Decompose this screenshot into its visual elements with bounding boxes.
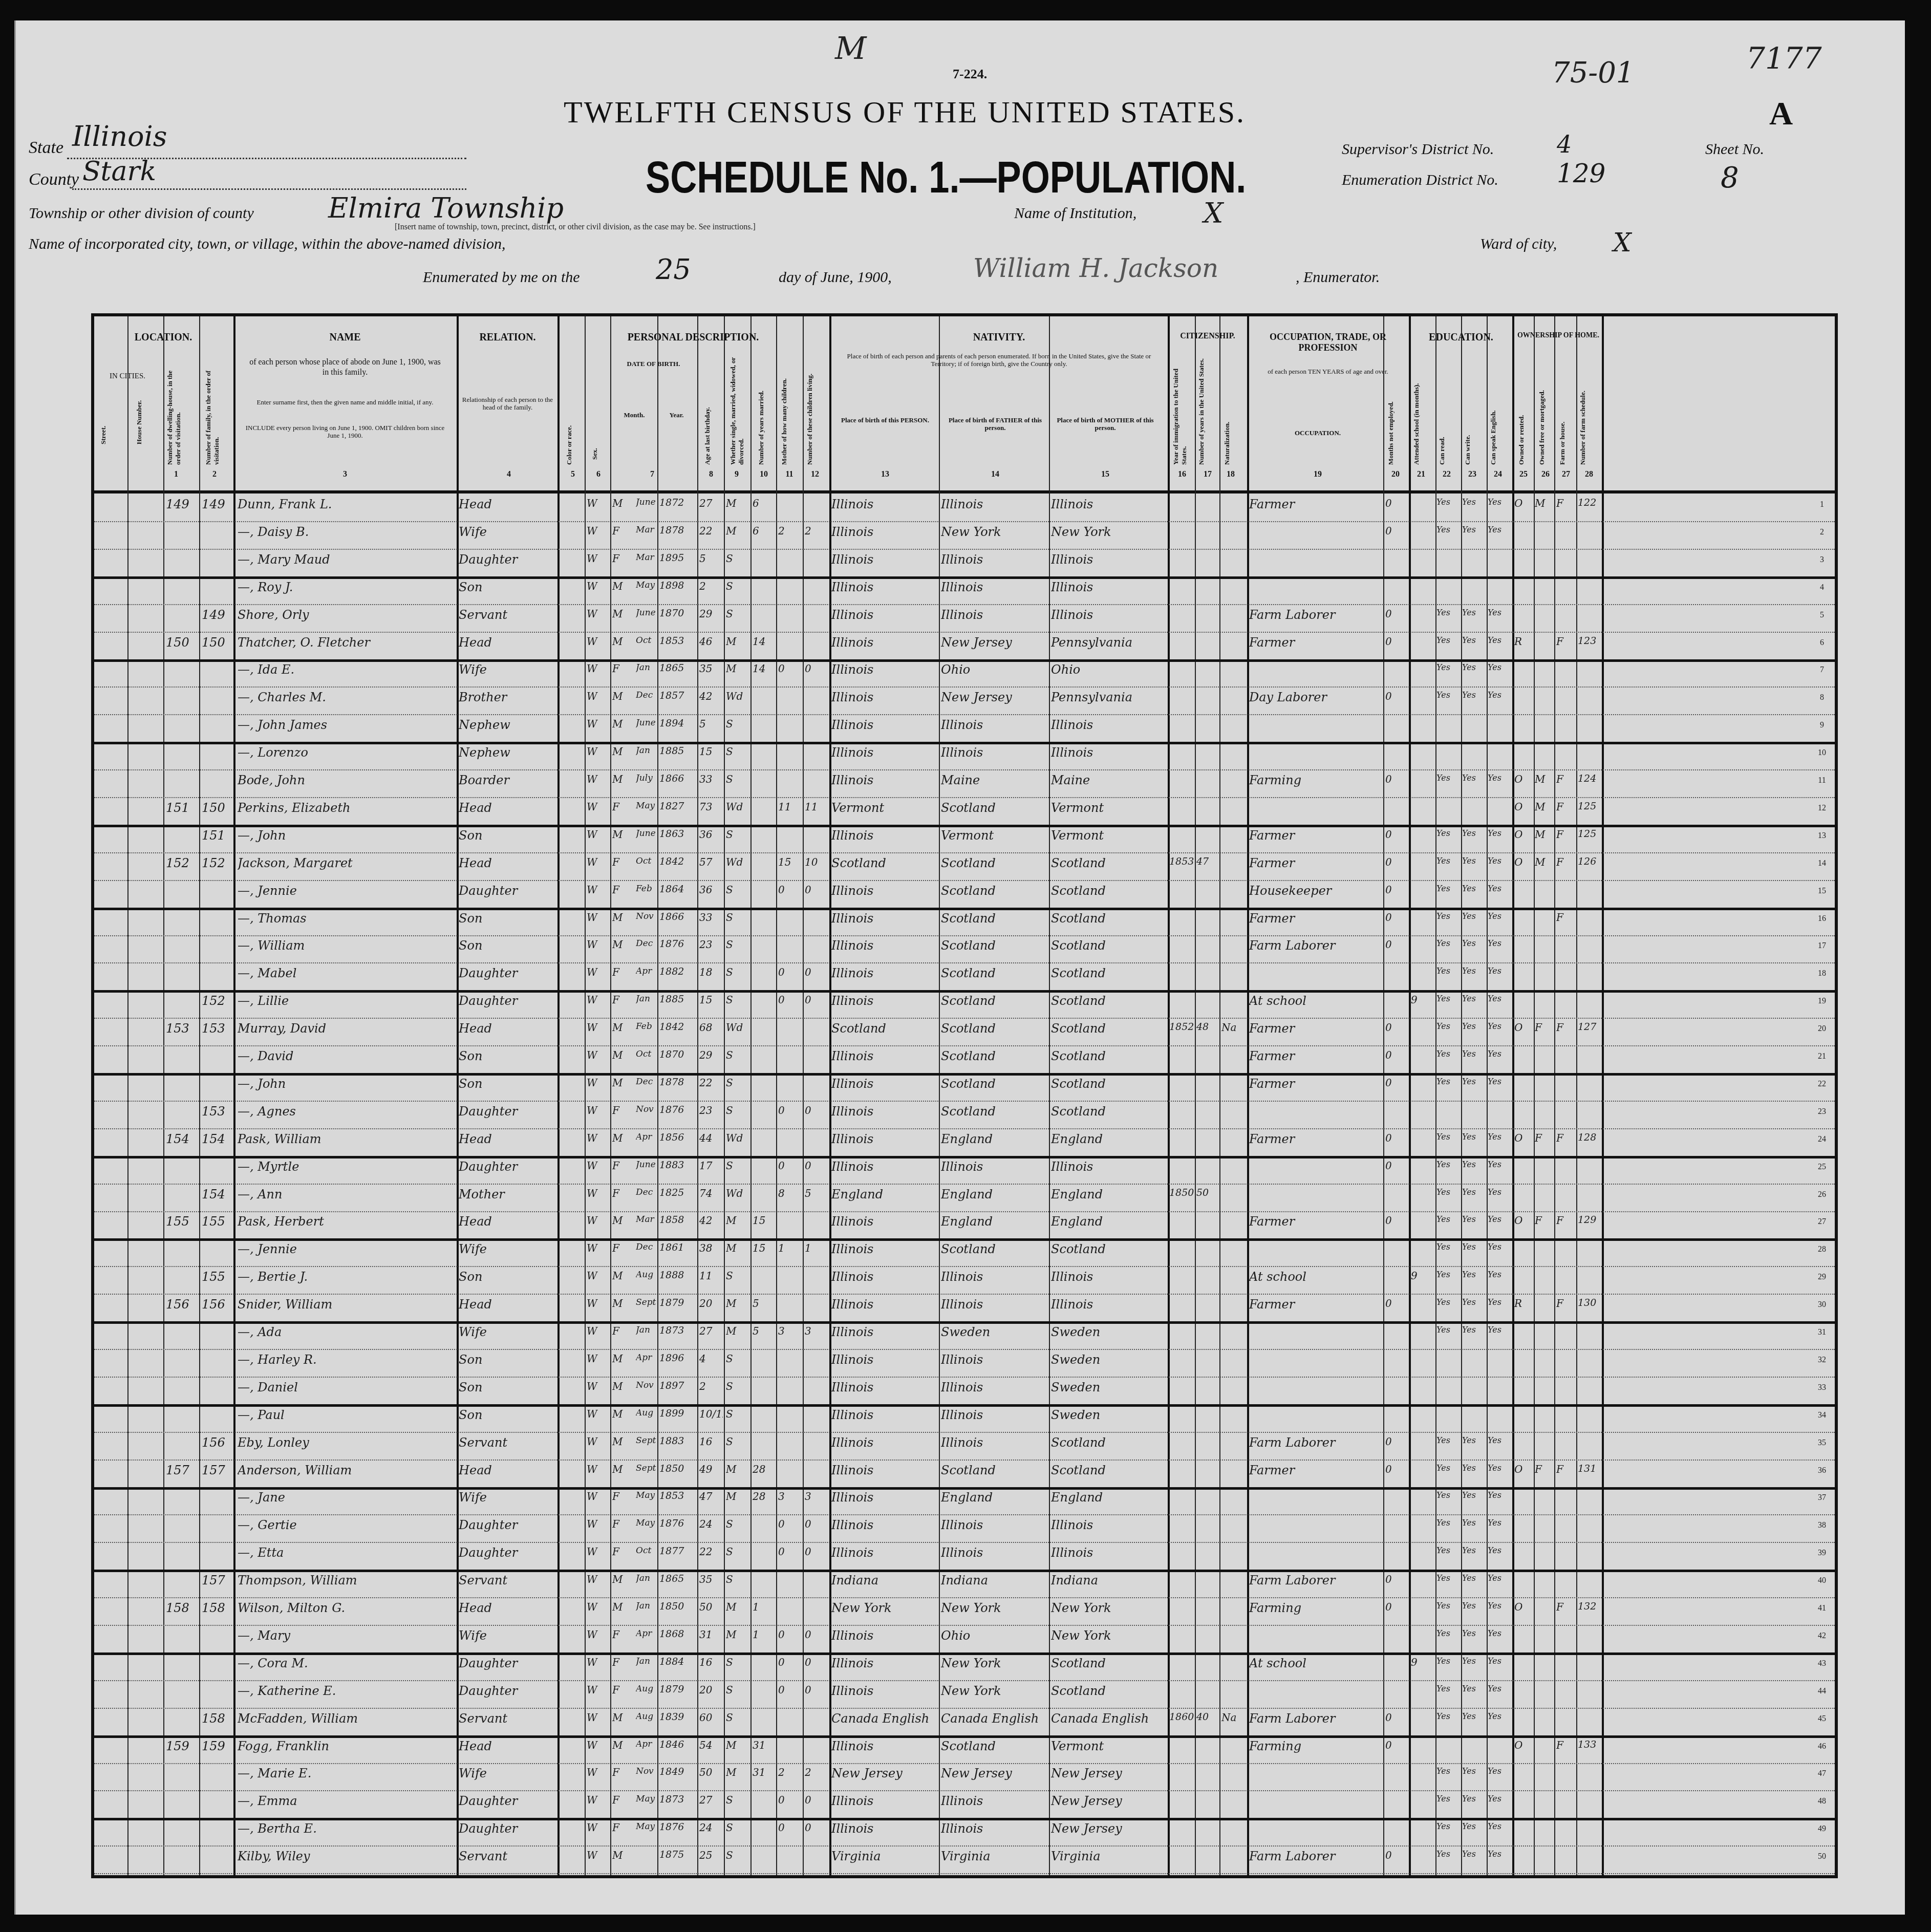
naturalization bbox=[1221, 1573, 1246, 1596]
naturalization bbox=[1221, 1242, 1246, 1264]
marital-status: M bbox=[726, 1297, 749, 1320]
col-age: Age at last birthday. bbox=[703, 368, 712, 465]
mother-of bbox=[778, 745, 802, 768]
marital-status: S bbox=[726, 1711, 749, 1734]
birth-month: Aug bbox=[636, 1270, 658, 1292]
sex: F bbox=[612, 1518, 635, 1540]
children-living: 0 bbox=[805, 1794, 828, 1816]
naturalization bbox=[1221, 1380, 1246, 1403]
relation: Nephew bbox=[459, 718, 556, 740]
race: W bbox=[587, 1160, 609, 1182]
birthplace-person: Illinois bbox=[831, 718, 938, 740]
age: 24 bbox=[699, 1518, 723, 1540]
immigration-year bbox=[1169, 1684, 1195, 1706]
naturalization bbox=[1221, 828, 1246, 851]
free-mortgaged bbox=[1535, 1573, 1554, 1596]
person-name: —, Mary bbox=[238, 1628, 455, 1651]
birth-month: Apr bbox=[636, 1739, 658, 1762]
can-write bbox=[1462, 745, 1486, 768]
col-num-26: 26 bbox=[1535, 470, 1556, 479]
farm-house: F bbox=[1556, 1463, 1576, 1486]
family-number bbox=[202, 1408, 232, 1430]
owned-rented bbox=[1514, 1242, 1534, 1264]
birth-year: 1895 bbox=[659, 552, 696, 575]
immigration-year bbox=[1169, 938, 1195, 961]
mother-of bbox=[778, 1849, 802, 1872]
owned-rented bbox=[1514, 1628, 1534, 1651]
line-number: 30 bbox=[1814, 1300, 1830, 1310]
children-living bbox=[805, 1297, 828, 1320]
farm-house bbox=[1556, 745, 1576, 768]
table-row: 150150Thatcher, O. FletcherHeadWMOct1853… bbox=[94, 631, 1835, 662]
occupation bbox=[1249, 1380, 1382, 1403]
owned-rented bbox=[1514, 1270, 1534, 1292]
line-number: 49 bbox=[1814, 1824, 1830, 1834]
sex: F bbox=[612, 1545, 635, 1568]
dwelling-number bbox=[166, 1711, 198, 1734]
owned-rented bbox=[1514, 1435, 1534, 1458]
free-mortgaged bbox=[1535, 1325, 1554, 1347]
sex: M bbox=[612, 608, 635, 630]
mother-of bbox=[778, 580, 802, 603]
birth-month: Jan bbox=[636, 745, 658, 768]
immigration-year: 1850 bbox=[1169, 1187, 1195, 1210]
farm-schedule-number: 133 bbox=[1578, 1739, 1601, 1762]
owned-rented: O bbox=[1514, 1132, 1534, 1154]
children-living bbox=[805, 1601, 828, 1623]
free-mortgaged bbox=[1535, 1518, 1554, 1540]
naturalization bbox=[1221, 801, 1246, 823]
farm-schedule-number: 123 bbox=[1578, 635, 1601, 658]
table-row: —, EttaDaughterWFOct187722S00IllinoisIll… bbox=[94, 1541, 1835, 1572]
birthplace-father: Illinois bbox=[941, 1518, 1047, 1540]
speaks-english bbox=[1488, 1408, 1511, 1430]
naturalization bbox=[1221, 994, 1246, 1016]
owned-rented: R bbox=[1514, 1297, 1534, 1320]
can-write bbox=[1462, 552, 1486, 575]
birthplace-father: England bbox=[941, 1490, 1047, 1513]
date-of-birth-header: DATE OF BIRTH. bbox=[611, 360, 696, 368]
mother-of bbox=[778, 1077, 802, 1099]
col-farm-house: Farm or house. bbox=[1558, 383, 1567, 465]
race: W bbox=[587, 1628, 609, 1651]
line-number: 27 bbox=[1814, 1217, 1830, 1227]
speaks-english: Yes bbox=[1488, 1021, 1511, 1044]
birthplace-person: Illinois bbox=[831, 773, 938, 796]
can-read: Yes bbox=[1436, 1049, 1460, 1071]
years-married bbox=[753, 1132, 775, 1154]
birthplace-person: Canada English bbox=[831, 1711, 938, 1734]
naturalization bbox=[1221, 1408, 1246, 1430]
relation: Daughter bbox=[459, 1656, 556, 1679]
marital-status: S bbox=[726, 1435, 749, 1458]
occupation bbox=[1249, 1325, 1382, 1347]
occupation: Farm Laborer bbox=[1249, 1435, 1382, 1458]
ward-label: Ward of city, bbox=[1480, 235, 1557, 253]
birthplace-person: Illinois bbox=[831, 1160, 938, 1182]
owned-rented bbox=[1514, 1656, 1534, 1679]
birthplace-mother: Scotland bbox=[1051, 1049, 1167, 1071]
can-write: Yes bbox=[1462, 1242, 1486, 1264]
school-months bbox=[1411, 1739, 1434, 1762]
owned-rented bbox=[1514, 1794, 1534, 1816]
line-number: 35 bbox=[1814, 1439, 1830, 1448]
table-row: —, DavidSonWMOct187029SIllinoisScotlandS… bbox=[94, 1045, 1835, 1076]
pob-person-header: Place of birth of this PERSON. bbox=[831, 416, 939, 424]
relation: Wife bbox=[459, 1490, 556, 1513]
can-read bbox=[1436, 580, 1460, 603]
children-living bbox=[805, 608, 828, 630]
ownership-header: OWNERSHIP OF HOME. bbox=[1515, 332, 1602, 340]
months-unemployed: 0 bbox=[1385, 608, 1408, 630]
birth-month: Nov bbox=[636, 1766, 658, 1789]
birthplace-mother: Illinois bbox=[1051, 608, 1167, 630]
can-read: Yes bbox=[1436, 773, 1460, 796]
occupation: Farm Laborer bbox=[1249, 1573, 1382, 1596]
occupation: Housekeeper bbox=[1249, 884, 1382, 906]
school-months bbox=[1411, 884, 1434, 906]
years-in-us bbox=[1196, 938, 1219, 961]
can-write: Yes bbox=[1462, 773, 1486, 796]
months-unemployed: 0 bbox=[1385, 1214, 1408, 1237]
years-in-us bbox=[1196, 1132, 1219, 1154]
township-value: Elmira Township bbox=[328, 192, 564, 224]
children-living bbox=[805, 773, 828, 796]
birthplace-father: Scotland bbox=[941, 1463, 1047, 1486]
can-read: Yes bbox=[1436, 1242, 1460, 1264]
can-write: Yes bbox=[1462, 938, 1486, 961]
birth-month: May bbox=[636, 1490, 658, 1513]
race: W bbox=[587, 1766, 609, 1789]
birth-year: 1899 bbox=[659, 1408, 696, 1430]
naturalization bbox=[1221, 580, 1246, 603]
children-living bbox=[805, 690, 828, 713]
birthplace-mother: New Jersey bbox=[1051, 1766, 1167, 1789]
speaks-english bbox=[1488, 1380, 1511, 1403]
relation: Wife bbox=[459, 1242, 556, 1264]
mother-of bbox=[778, 635, 802, 658]
naturalization bbox=[1221, 1684, 1246, 1706]
birth-year: 1858 bbox=[659, 1214, 696, 1237]
years-in-us bbox=[1196, 1160, 1219, 1182]
free-mortgaged bbox=[1535, 1684, 1554, 1706]
free-mortgaged bbox=[1535, 662, 1554, 685]
line-number: 43 bbox=[1814, 1659, 1830, 1668]
line-number: 16 bbox=[1814, 914, 1830, 924]
immigration-year bbox=[1169, 580, 1195, 603]
birth-month: Apr bbox=[636, 1628, 658, 1651]
occupation: At school bbox=[1249, 1270, 1382, 1292]
farm-house bbox=[1556, 1435, 1576, 1458]
owned-rented bbox=[1514, 1545, 1534, 1568]
farm-schedule-number bbox=[1578, 1794, 1601, 1816]
age: 60 bbox=[699, 1711, 723, 1734]
occupation bbox=[1249, 1353, 1382, 1375]
person-name: Wilson, Milton G. bbox=[238, 1601, 455, 1623]
dwelling-number bbox=[166, 745, 198, 768]
marital-status: S bbox=[726, 966, 749, 989]
free-mortgaged: M bbox=[1535, 828, 1554, 851]
birthplace-person: Illinois bbox=[831, 1408, 938, 1430]
farm-house: F bbox=[1556, 911, 1576, 934]
race: W bbox=[587, 1408, 609, 1430]
birth-year: 1863 bbox=[659, 828, 696, 851]
person-name: Fogg, Franklin bbox=[238, 1739, 455, 1762]
col-num-8: 8 bbox=[701, 470, 721, 479]
table-row: —, John JamesNephewWMJune18945SIllinoisI… bbox=[94, 714, 1835, 744]
free-mortgaged bbox=[1535, 608, 1554, 630]
children-living: 2 bbox=[805, 525, 828, 547]
immigration-year bbox=[1169, 718, 1195, 740]
months-unemployed bbox=[1385, 1353, 1408, 1375]
birthplace-mother: Illinois bbox=[1051, 745, 1167, 768]
birthplace-father: England bbox=[941, 1214, 1047, 1237]
mother-of bbox=[778, 773, 802, 796]
years-in-us bbox=[1196, 773, 1219, 796]
naturalization bbox=[1221, 1325, 1246, 1347]
birthplace-person: New Jersey bbox=[831, 1766, 938, 1789]
birthplace-father: New York bbox=[941, 1601, 1047, 1623]
person-name: —, Jennie bbox=[238, 884, 455, 906]
occupation: Farm Laborer bbox=[1249, 1849, 1382, 1872]
birthplace-father: England bbox=[941, 1187, 1047, 1210]
owned-rented: O bbox=[1514, 1021, 1534, 1044]
months-unemployed bbox=[1385, 1242, 1408, 1264]
marital-status: S bbox=[726, 1353, 749, 1375]
farm-house bbox=[1556, 1490, 1576, 1513]
farm-schedule-number bbox=[1578, 745, 1601, 768]
birth-year: 1870 bbox=[659, 1049, 696, 1071]
can-read: Yes bbox=[1436, 1684, 1460, 1706]
table-row: —, EmmaDaughterWFMay187327S00IllinoisIll… bbox=[94, 1790, 1835, 1820]
line-number: 32 bbox=[1814, 1356, 1830, 1365]
years-married: 5 bbox=[753, 1297, 775, 1320]
farm-house bbox=[1556, 1849, 1576, 1872]
can-read bbox=[1436, 718, 1460, 740]
speaks-english bbox=[1488, 745, 1511, 768]
marital-status: S bbox=[726, 1270, 749, 1292]
sex: F bbox=[612, 1628, 635, 1651]
birth-month: June bbox=[636, 497, 658, 520]
free-mortgaged bbox=[1535, 690, 1554, 713]
owned-rented bbox=[1514, 1380, 1534, 1403]
birthplace-mother: England bbox=[1051, 1490, 1167, 1513]
relation: Head bbox=[459, 1132, 556, 1154]
farm-house bbox=[1556, 1628, 1576, 1651]
can-read: Yes bbox=[1436, 911, 1460, 934]
dwelling-number: 151 bbox=[166, 801, 198, 823]
school-months bbox=[1411, 1160, 1434, 1182]
dwelling-number bbox=[166, 718, 198, 740]
farm-house bbox=[1556, 1242, 1576, 1264]
owned-rented: O bbox=[1514, 828, 1534, 851]
naturalization bbox=[1221, 635, 1246, 658]
children-living bbox=[805, 1049, 828, 1071]
mother-of bbox=[778, 497, 802, 520]
free-mortgaged bbox=[1535, 1711, 1554, 1734]
col-farm-schedule: Number of farm schedule. bbox=[1579, 352, 1587, 465]
table-row: —, JaneWifeWFMay185347M2833IllinoisEngla… bbox=[94, 1486, 1835, 1515]
person-name: Dunn, Frank L. bbox=[238, 497, 455, 520]
free-mortgaged bbox=[1535, 745, 1554, 768]
owned-rented bbox=[1514, 938, 1534, 961]
can-write bbox=[1462, 580, 1486, 603]
farm-schedule-number bbox=[1578, 1325, 1601, 1347]
school-months: 9 bbox=[1411, 1656, 1434, 1679]
dwelling-number bbox=[166, 580, 198, 603]
birth-month: Dec bbox=[636, 690, 658, 713]
birth-year: 1885 bbox=[659, 994, 696, 1016]
person-name: —, Etta bbox=[238, 1545, 455, 1568]
farm-schedule-number bbox=[1578, 994, 1601, 1016]
dwelling-number bbox=[166, 1104, 198, 1127]
birthplace-father: Scotland bbox=[941, 884, 1047, 906]
free-mortgaged bbox=[1535, 552, 1554, 575]
line-number: 14 bbox=[1814, 859, 1830, 868]
owned-rented: O bbox=[1514, 1601, 1534, 1623]
owned-rented bbox=[1514, 1766, 1534, 1789]
relation: Son bbox=[459, 1408, 556, 1430]
immigration-year bbox=[1169, 1214, 1195, 1237]
years-in-us bbox=[1196, 966, 1219, 989]
birth-year: 1866 bbox=[659, 773, 696, 796]
farm-house: F bbox=[1556, 801, 1576, 823]
race: W bbox=[587, 552, 609, 575]
birthplace-mother: Illinois bbox=[1051, 1270, 1167, 1292]
birth-month: Oct bbox=[636, 856, 658, 878]
years-married bbox=[753, 1270, 775, 1292]
birthplace-father: Scotland bbox=[941, 856, 1047, 878]
table-row: 156Eby, LonleyServantWMSept188316SIllino… bbox=[94, 1431, 1835, 1461]
birthplace-mother: Sweden bbox=[1051, 1380, 1167, 1403]
school-months bbox=[1411, 1380, 1434, 1403]
school-months bbox=[1411, 801, 1434, 823]
race: W bbox=[587, 884, 609, 906]
naturalization bbox=[1221, 1766, 1246, 1789]
owned-rented bbox=[1514, 580, 1534, 603]
farm-schedule-number bbox=[1578, 525, 1601, 547]
can-write bbox=[1462, 801, 1486, 823]
person-name: —, Bertha E. bbox=[238, 1821, 455, 1844]
can-write: Yes bbox=[1462, 1463, 1486, 1486]
mother-of: 1 bbox=[778, 1242, 802, 1264]
person-name: —, John James bbox=[238, 718, 455, 740]
speaks-english: Yes bbox=[1488, 1545, 1511, 1568]
can-read: Yes bbox=[1436, 1821, 1460, 1844]
table-row: 153153Murray, DavidHeadWMFeb184268WdScot… bbox=[94, 1017, 1835, 1046]
sex: F bbox=[612, 1325, 635, 1347]
relation: Head bbox=[459, 497, 556, 520]
line-number: 12 bbox=[1814, 804, 1830, 813]
years-married bbox=[753, 580, 775, 603]
speaks-english: Yes bbox=[1488, 994, 1511, 1016]
owned-rented: O bbox=[1514, 1739, 1534, 1762]
race: W bbox=[587, 1270, 609, 1292]
col-num-6: 6 bbox=[588, 470, 609, 479]
marital-status: S bbox=[726, 718, 749, 740]
relation: Servant bbox=[459, 608, 556, 630]
children-living bbox=[805, 1270, 828, 1292]
years-married bbox=[753, 828, 775, 851]
occupation-subheader: OCCUPATION. bbox=[1251, 429, 1384, 437]
owned-rented: O bbox=[1514, 801, 1534, 823]
relation: Brother bbox=[459, 690, 556, 713]
naturalization bbox=[1221, 718, 1246, 740]
state-value: Illinois bbox=[72, 120, 167, 153]
years-in-us bbox=[1196, 552, 1219, 575]
birth-year: 1875 bbox=[659, 1849, 696, 1872]
race: W bbox=[587, 1573, 609, 1596]
sex: M bbox=[612, 1077, 635, 1099]
relation: Wife bbox=[459, 525, 556, 547]
years-married: 31 bbox=[753, 1739, 775, 1762]
farm-schedule-number: 124 bbox=[1578, 773, 1601, 796]
col-house-number: House Number. bbox=[135, 388, 143, 444]
years-married bbox=[753, 1104, 775, 1127]
mother-of: 0 bbox=[778, 994, 802, 1016]
family-number bbox=[202, 1049, 232, 1071]
mother-of: 2 bbox=[778, 525, 802, 547]
immigration-year bbox=[1169, 1435, 1195, 1458]
children-living bbox=[805, 1380, 828, 1403]
table-row: 152—, LillieDaughterWFJan188515S00Illino… bbox=[94, 990, 1835, 1019]
months-unemployed bbox=[1385, 994, 1408, 1016]
age: 15 bbox=[699, 745, 723, 768]
marital-status: S bbox=[726, 1573, 749, 1596]
months-unemployed: 0 bbox=[1385, 1601, 1408, 1623]
annotation-roll: 75-01 bbox=[1552, 56, 1634, 90]
farm-house bbox=[1556, 690, 1576, 713]
line-number: 13 bbox=[1814, 831, 1830, 841]
farm-schedule-number bbox=[1578, 1270, 1601, 1292]
age: 20 bbox=[699, 1297, 723, 1320]
speaks-english: Yes bbox=[1488, 1297, 1511, 1320]
annotation-m: M bbox=[835, 31, 866, 67]
can-write: Yes bbox=[1462, 662, 1486, 685]
years-in-us bbox=[1196, 497, 1219, 520]
birth-month: May bbox=[636, 580, 658, 603]
naturalization bbox=[1221, 911, 1246, 934]
age: 35 bbox=[699, 1573, 723, 1596]
owned-rented bbox=[1514, 745, 1534, 768]
immigration-year bbox=[1169, 1408, 1195, 1430]
farm-schedule-number bbox=[1578, 966, 1601, 989]
birthplace-mother: Scotland bbox=[1051, 1104, 1167, 1127]
birthplace-father: Scotland bbox=[941, 801, 1047, 823]
school-months bbox=[1411, 1766, 1434, 1789]
speaks-english: Yes bbox=[1488, 1490, 1511, 1513]
months-unemployed: 0 bbox=[1385, 1573, 1408, 1596]
person-name: —, John bbox=[238, 1077, 455, 1099]
occupation: Farmer bbox=[1249, 1049, 1382, 1071]
birthplace-mother: Illinois bbox=[1051, 718, 1167, 740]
relation: Head bbox=[459, 1021, 556, 1044]
naturalization bbox=[1221, 552, 1246, 575]
birth-month: June bbox=[636, 718, 658, 740]
marital-status: S bbox=[726, 884, 749, 906]
mother-of: 3 bbox=[778, 1490, 802, 1513]
immigration-year bbox=[1169, 1353, 1195, 1375]
can-write: Yes bbox=[1462, 1049, 1486, 1071]
col-children-living: Number of these children living. bbox=[806, 352, 826, 465]
school-months bbox=[1411, 745, 1434, 768]
table-row: 157157Anderson, WilliamHeadWMSept185049M… bbox=[94, 1459, 1835, 1490]
line-number: 2 bbox=[1814, 528, 1830, 537]
birthplace-mother: Pennsylvania bbox=[1051, 690, 1167, 713]
person-name: —, Roy J. bbox=[238, 580, 455, 603]
family-number bbox=[202, 1766, 232, 1789]
birthplace-father: Illinois bbox=[941, 1435, 1047, 1458]
